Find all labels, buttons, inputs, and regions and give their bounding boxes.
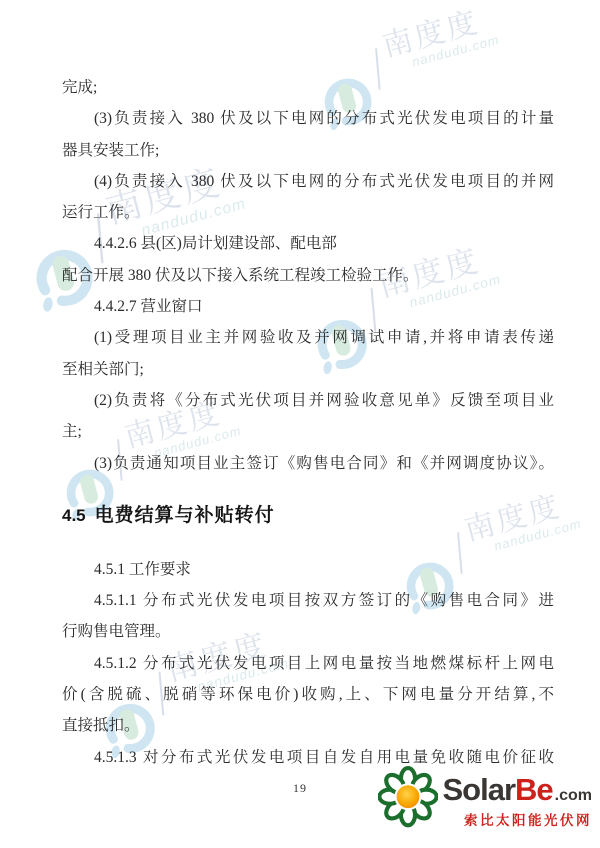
- solarbe-tagline: 索比太阳能光伏网: [464, 809, 592, 829]
- solarbe-logo: SolarBe.com 索比太阳能光伏网: [378, 766, 592, 829]
- section-title: 电费结算与补贴转付: [95, 505, 275, 526]
- text-line: 行购售电管理。: [62, 616, 554, 647]
- text-line: 4.5.1.2 分布式光伏发电项目上网电量按当地燃煤标杆上网电: [62, 648, 554, 679]
- solarbe-wordmark-line: SolarBe.com: [442, 772, 592, 808]
- section-heading: 4.5电费结算与补贴转付: [62, 500, 554, 532]
- watermark-domain: nandudu.com: [411, 33, 501, 70]
- text-line: (4)负责接入 380 伏及以下电网的分布式光伏发电项目的并网: [62, 166, 554, 197]
- text-line: 价(含脱硫、脱硝等环保电价)收购,上、下网电量分开结算,不: [62, 679, 554, 710]
- solarbe-wordmark-solar: Solar: [442, 772, 515, 808]
- text-line: (1)受理项目业主并网验收及并网调试申请,并将申请表传递: [62, 322, 554, 353]
- text-line: 4.4.2.6 县(区)局计划建设部、配电部: [62, 228, 554, 259]
- section-number: 4.5: [62, 506, 86, 525]
- text-line: 器具安装工作;: [62, 135, 554, 166]
- solarbe-flower-icon: [378, 766, 438, 829]
- solarbe-wordmark-be: Be: [515, 772, 553, 808]
- text-line: 运行工作。: [62, 197, 554, 228]
- text-line: (3)负责通知项目业主签订《购售电合同》和《并网调度协议》。: [62, 448, 554, 479]
- document-body: 完成;(3)负责接入 380 伏及以下电网的分布式光伏发电项目的计量器具安装工作…: [62, 72, 554, 773]
- text-line: 配合开展 380 伏及以下接入系统工程竣工检验工作。: [62, 260, 554, 291]
- text-line: 主;: [62, 416, 554, 447]
- text-line: (3)负责接入 380 伏及以下电网的分布式光伏发电项目的计量: [62, 103, 554, 134]
- solarbe-wordmark: SolarBe.com 索比太阳能光伏网: [442, 772, 592, 829]
- watermark-brand: 南度度: [379, 3, 497, 63]
- text-line: 至相关部门;: [62, 354, 554, 385]
- text-line: 4.4.2.7 营业窗口: [62, 291, 554, 322]
- text-line: 4.5.1 工作要求: [62, 554, 554, 585]
- document-page: 南度度nandudu.com南度度nandudu.com南度度nandudu.c…: [0, 0, 600, 848]
- watermark-text: 南度度nandudu.com: [379, 3, 501, 76]
- text-line: 完成;: [62, 72, 554, 103]
- solarbe-wordmark-tld: .com: [555, 787, 592, 805]
- text-line: 直接抵扣。: [62, 710, 554, 741]
- text-line: 4.5.1.1 分布式光伏发电项目按双方签订的《购售电合同》进: [62, 585, 554, 616]
- text-line: (2)负责将《分布式光伏项目并网验收意见单》反馈至项目业: [62, 385, 554, 416]
